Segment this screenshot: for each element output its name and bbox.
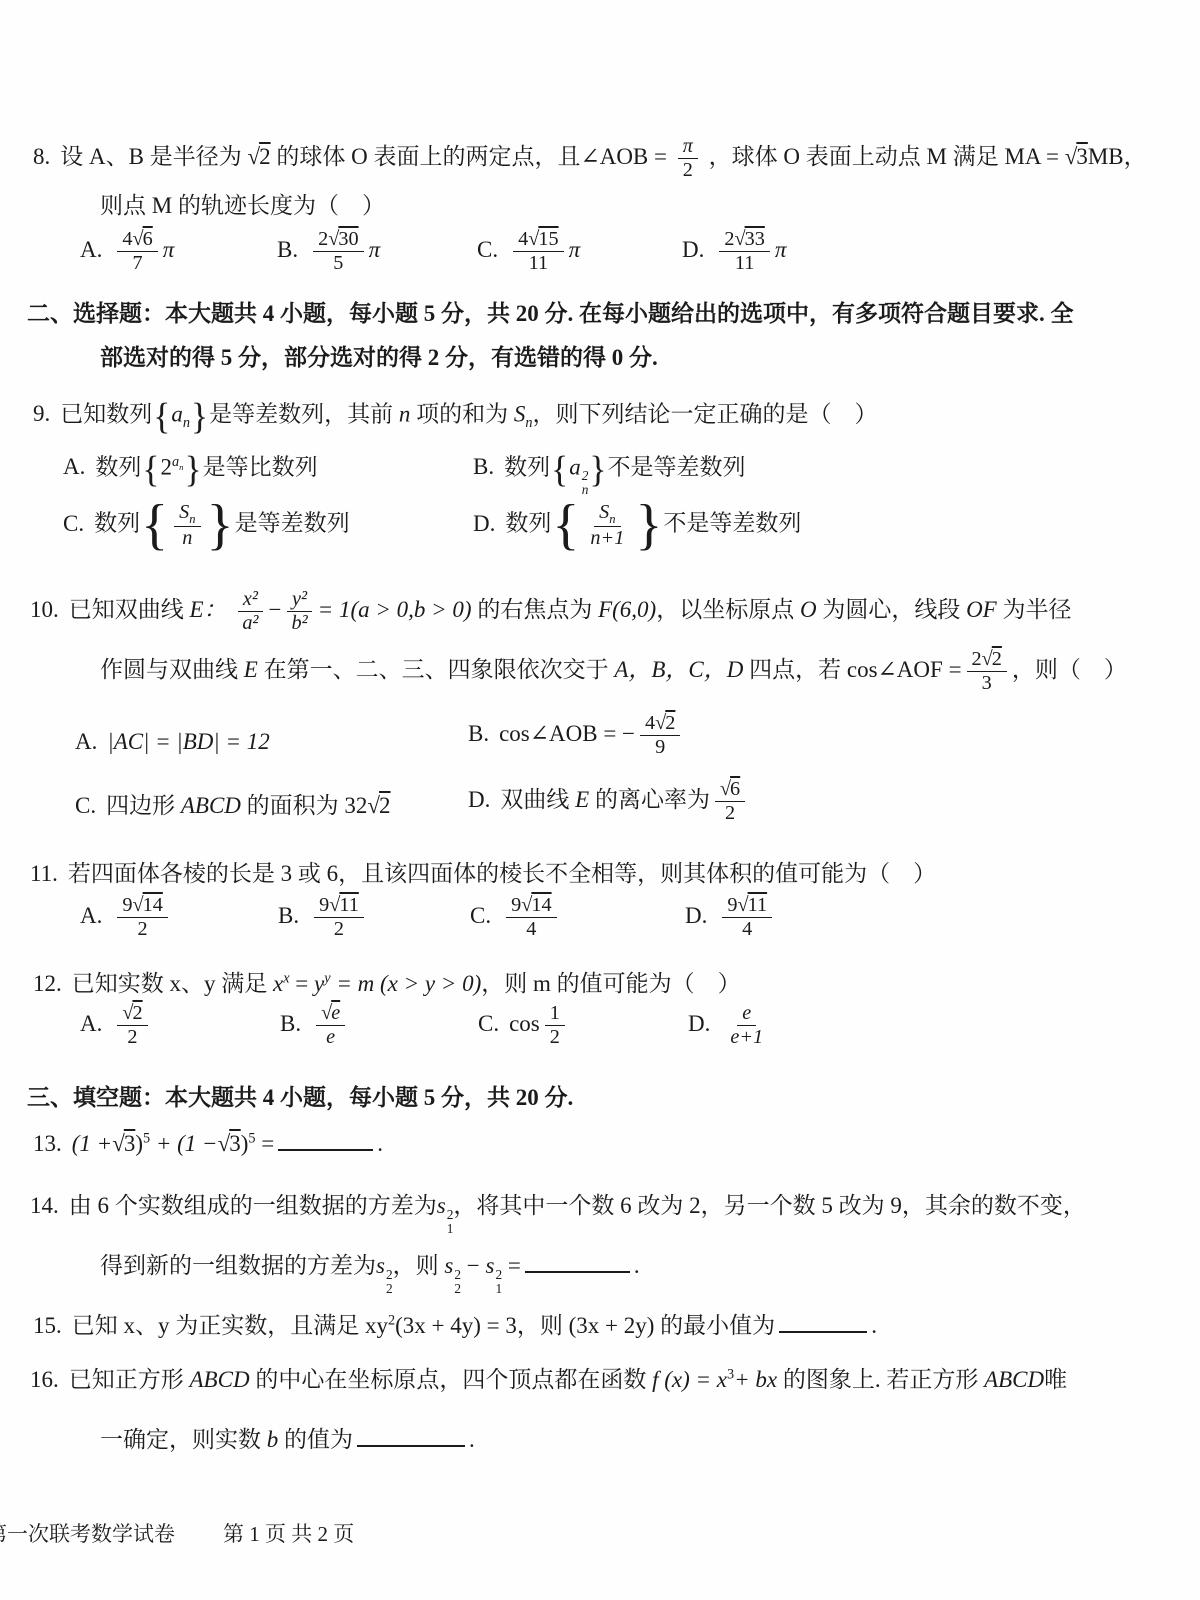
- option-label: D.: [685, 903, 707, 928]
- subscript-n: n: [179, 462, 183, 472]
- radicand: 3: [229, 1131, 241, 1156]
- var-s1: s: [437, 1193, 446, 1218]
- frac-denominator: n+1: [585, 527, 629, 550]
- equation-condition: = 1(a > 0,b > 0): [318, 597, 472, 622]
- period: .: [469, 1427, 475, 1452]
- var-s2: s: [444, 1253, 453, 1278]
- frac-denominator: b²: [286, 612, 312, 635]
- radical-icon: √: [1065, 144, 1077, 169]
- period: .: [377, 1131, 383, 1156]
- q10d-pre: 双曲线: [500, 787, 569, 812]
- subscript-n: n: [582, 483, 589, 497]
- coefficient: 2: [724, 228, 734, 250]
- fraction: √22: [117, 1002, 147, 1050]
- sqrt: √2: [655, 712, 675, 734]
- coefficient: 9: [122, 894, 132, 916]
- q12-text-1: 已知实数 x、y 满足: [72, 971, 268, 996]
- frac-numerator: 9√11: [722, 894, 772, 918]
- q10c-mid: 的面积为 32: [247, 793, 368, 818]
- q15-text-1: 已知 x、y 为正实数，且满足 xy: [72, 1313, 388, 1338]
- quad-ABCD: ABCD: [181, 793, 241, 818]
- square-ABCD: ABCD: [984, 1367, 1044, 1392]
- frac-numerator: 2√30: [313, 228, 363, 252]
- fraction: 2√23: [967, 648, 1007, 696]
- sqrt: √2: [367, 793, 390, 818]
- coefficient: 4: [122, 228, 132, 250]
- option-label: C.: [477, 237, 498, 262]
- frac-denominator: 9: [650, 736, 670, 759]
- exponent: an: [172, 454, 184, 470]
- square-ABCD: ABCD: [190, 1367, 250, 1392]
- subscript-1: 1: [447, 1222, 454, 1236]
- fraction: √ee: [316, 1002, 345, 1050]
- q16-l2-text-b: 的值为: [284, 1427, 353, 1452]
- var-O: O: [800, 597, 817, 622]
- sub-sup-stack: 2n: [582, 469, 589, 497]
- q13-line: 13.(1 +√3)5 + (1 −√3)5 =.: [33, 1126, 383, 1159]
- footer-title: 第一次联考数学试卷: [0, 1522, 175, 1546]
- base-2: 2: [160, 454, 172, 479]
- frac-denominator: 2: [545, 1026, 565, 1049]
- radicand: 15: [538, 228, 558, 250]
- fraction: x²a²: [237, 588, 263, 636]
- option-label: D.: [688, 1011, 710, 1036]
- q14-l2-text-b: ，则: [393, 1253, 439, 1278]
- q9-option-a: A.数列{2an}是等比数列: [63, 445, 318, 493]
- radical-icon: √: [982, 648, 992, 670]
- q10-l2-text-a: 作圆与双曲线: [100, 657, 238, 682]
- frac-denominator: 5: [328, 252, 348, 275]
- q10-l2-text-c: 在第一、二、三、四象限依次交于: [264, 657, 609, 682]
- sqrt: √2: [247, 144, 270, 169]
- section2-text1: 二、选择题：本大题共 4 小题，每小题 5 分，共 20 分. 在每小题给出的选…: [27, 301, 1074, 326]
- frac-numerator: 1: [545, 1002, 565, 1026]
- q14-line2: 得到新的一组数据的方差为s22，则 s22 − s21 =.: [100, 1248, 640, 1296]
- sub-sup-stack: 21: [495, 1268, 502, 1296]
- sqrt: √14: [133, 894, 163, 916]
- frac-denominator: 7: [127, 252, 147, 275]
- option-label: A.: [80, 237, 102, 262]
- coefficient: 2: [972, 648, 982, 670]
- q11-option-d: D.9√114: [685, 894, 777, 942]
- q11-option-c: C.9√144: [470, 894, 562, 942]
- pi-suffix: π: [569, 237, 581, 262]
- sqrt: √3: [1065, 144, 1088, 169]
- q12-text-2: ，则 m 的值可能为（ ）: [481, 971, 740, 996]
- q10-option-d: D.双曲线 E 的离心率为√62: [468, 778, 750, 826]
- frac-numerator: Sn: [594, 501, 620, 527]
- frac-numerator: 9√14: [117, 894, 167, 918]
- q10-line1: 10.已知双曲线 E： x²a²−y²b²= 1(a > 0,b > 0) 的右…: [30, 588, 1071, 636]
- frac-denominator: 11: [524, 252, 553, 275]
- q14-text-2: ，将其中一个数 6 改为 2，另一个数 5 改为 9，其余的数不变，: [453, 1193, 1086, 1218]
- section2-header-line1: 二、选择题：本大题共 4 小题，每小题 5 分，共 20 分. 在每小题给出的选…: [27, 298, 1074, 329]
- function-expr-2: + bx: [734, 1367, 777, 1392]
- sqrt: √30: [328, 228, 358, 250]
- q10a-expr: |AC| = |BD| = 12: [107, 729, 269, 754]
- pi-suffix: π: [775, 237, 787, 262]
- var-x: x: [273, 971, 283, 996]
- q10-option-a: A.|AC| = |BD| = 12: [75, 726, 270, 757]
- radicand: 6: [143, 228, 153, 250]
- q10-options-row1: A.|AC| = |BD| = 12 B.cos∠AOB = −4√29: [0, 712, 1200, 778]
- q10d-mid: 的离心率为: [595, 787, 710, 812]
- frac-denominator: n: [177, 527, 197, 550]
- q16-text-2: 的中心在坐标原点，四个顶点都在函数: [255, 1367, 646, 1392]
- q10-option-b: B.cos∠AOB = −4√29: [468, 712, 685, 760]
- q11-options: A.9√142 B.9√112 C.9√144 D.9√114: [0, 894, 1200, 954]
- radical-icon: √: [329, 894, 339, 916]
- sqrt: √11: [738, 894, 768, 916]
- fraction: 9√144: [506, 894, 556, 942]
- answer-blank: [779, 1308, 867, 1333]
- q9b-post: 不是等差数列: [607, 454, 745, 479]
- fraction: y²b²: [286, 588, 312, 636]
- section2-header-line2: 部选对的得 5 分，部分选对的得 2 分，有选错的得 0 分.: [100, 342, 658, 373]
- radicand: e: [331, 1002, 340, 1024]
- q12-option-b: B.√ee: [280, 1002, 350, 1050]
- q10-text-3: 的右焦点为: [477, 597, 592, 622]
- q10-option-c: C.四边形 ABCD 的面积为 32√2: [75, 790, 391, 821]
- exponent-y: y: [324, 970, 330, 986]
- radical-icon: √: [112, 1131, 124, 1156]
- q9-text-3: 项的和为: [416, 401, 508, 426]
- sqrt: √11: [329, 894, 359, 916]
- left-brace: {: [142, 444, 159, 495]
- points-ABCD: A，B，C，D: [614, 657, 743, 682]
- fraction: 2√3311: [719, 228, 769, 276]
- radicand: 6: [730, 778, 740, 800]
- pi-suffix: π: [369, 237, 381, 262]
- fraction: 9√142: [117, 894, 167, 942]
- q16-line1: 16.已知正方形 ABCD 的中心在坐标原点，四个顶点都在函数 f (x) = …: [30, 1364, 1067, 1395]
- option-label: B.: [280, 1011, 301, 1036]
- radicand: 2: [379, 793, 391, 818]
- power-5: 5: [248, 1130, 255, 1146]
- right-brace: }: [635, 500, 662, 551]
- frac-numerator: π: [678, 135, 698, 159]
- cos-label: cos: [509, 1011, 540, 1036]
- option-label: B.: [278, 903, 299, 928]
- answer-blank: [357, 1422, 465, 1447]
- fraction: 4√67: [117, 228, 157, 276]
- left-brace: {: [141, 500, 168, 551]
- option-label: C.: [63, 511, 84, 536]
- radical-icon: √: [735, 228, 745, 250]
- frac-numerator: √2: [117, 1002, 147, 1026]
- question-number: 8.: [33, 144, 50, 169]
- frac-denominator: 3: [977, 672, 997, 695]
- right-brace: }: [207, 500, 234, 551]
- question-number: 15.: [33, 1313, 62, 1338]
- right-brace: }: [191, 391, 208, 442]
- frac-denominator: 2: [133, 918, 153, 941]
- var-S: S: [179, 501, 189, 523]
- q8-line2: 则点 M 的轨迹长度为（ ）: [100, 190, 385, 221]
- radical-icon: √: [218, 1131, 230, 1156]
- option-label: A.: [75, 729, 97, 754]
- left-brace: {: [551, 444, 568, 495]
- q14-line1: 14.由 6 个实数组成的一组数据的方差为s21，将其中一个数 6 改为 2，另…: [30, 1190, 1086, 1236]
- q15-text-2: (3x + 4y) = 3，则 (3x + 2y) 的最小值为: [395, 1313, 775, 1338]
- question-number: 12.: [33, 971, 62, 996]
- q10-text-5: ，以坐标原点: [656, 597, 794, 622]
- sqrt: √15: [528, 228, 558, 250]
- fraction: 4√1511: [513, 228, 563, 276]
- radical-icon: √: [122, 1002, 132, 1024]
- section3-text: 三、填空题：本大题共 4 小题，每小题 5 分，共 20 分.: [27, 1085, 573, 1110]
- radicand: 14: [143, 894, 163, 916]
- option-label: A.: [80, 1011, 102, 1036]
- radicand: 2: [259, 144, 271, 169]
- q9-options-row1: A.数列{2an}是等比数列 B.数列{a2n}不是等差数列: [0, 445, 1200, 505]
- radicand: 3: [124, 1131, 136, 1156]
- sqrt: √e: [321, 1002, 340, 1024]
- eq-condition: = m (x > y > 0): [336, 971, 481, 996]
- frac-denominator: 2: [122, 1026, 142, 1049]
- option-label: D.: [468, 787, 490, 812]
- subscript-2: 2: [386, 1282, 393, 1296]
- coefficient: 9: [727, 894, 737, 916]
- question-number: 10.: [30, 597, 59, 622]
- left-brace: {: [153, 391, 170, 442]
- frac-denominator: a²: [237, 612, 263, 635]
- radicand: 3: [1076, 144, 1088, 169]
- frac-numerator: 9√11: [314, 894, 364, 918]
- radical-icon: √: [328, 228, 338, 250]
- minus-sign: −: [269, 597, 282, 622]
- option-label: D.: [473, 511, 495, 536]
- frac-denominator: 2: [329, 918, 349, 941]
- frac-numerator: 4√6: [117, 228, 157, 252]
- var-S: S: [514, 401, 526, 426]
- option-label: C.: [478, 1011, 499, 1036]
- q9c-pre: 数列: [94, 511, 140, 536]
- var-b: b: [267, 1427, 279, 1452]
- q9-option-c: C.数列{Snn}是等差数列: [63, 500, 350, 551]
- frac-numerator: √6: [715, 778, 745, 802]
- option-label: B.: [468, 721, 489, 746]
- var-a: a: [171, 401, 183, 426]
- sqrt: √6: [133, 228, 153, 250]
- fraction: 2√305: [313, 228, 363, 276]
- frac-numerator: 4√2: [640, 712, 680, 736]
- q9c-post: 是等差数列: [235, 511, 350, 536]
- q15-line: 15.已知 x、y 为正实数，且满足 xy2(3x + 4y) = 3，则 (3…: [33, 1308, 877, 1341]
- subscript-n: n: [189, 512, 195, 526]
- q16-text-1: 已知正方形: [69, 1367, 184, 1392]
- superscript-2: 2: [386, 1268, 393, 1282]
- var-S: S: [599, 501, 609, 523]
- frac-numerator: x²: [238, 588, 263, 612]
- coefficient: 2: [318, 228, 328, 250]
- frac-numerator: e: [737, 1002, 756, 1026]
- radicand: 14: [531, 894, 551, 916]
- focus-F: F(6,0): [598, 597, 656, 622]
- fraction: π2: [678, 135, 698, 183]
- q8-text-1: 设 A、B 是半径为: [60, 144, 241, 169]
- q9-options-row2: C.数列{Snn}是等差数列 D.数列{Snn+1}不是等差数列: [0, 500, 1200, 580]
- q9a-post: 是等比数列: [203, 454, 318, 479]
- coefficient: 9: [511, 894, 521, 916]
- q16-text-4: 唯: [1044, 1367, 1067, 1392]
- frac-denominator: 4: [521, 918, 541, 941]
- question-number: 13.: [33, 1131, 62, 1156]
- q14-l2-text-a: 得到新的一组数据的方差为: [100, 1253, 376, 1278]
- coefficient: 4: [518, 228, 528, 250]
- sub-sup-stack: 22: [454, 1268, 461, 1296]
- question-number: 9.: [33, 401, 50, 426]
- right-brace: }: [589, 444, 606, 495]
- q9-text-4: ，则下列结论一定正确的是（ ）: [532, 401, 877, 426]
- power-5: 5: [143, 1130, 150, 1146]
- exam-page: 8.设 A、B 是半径为 √2 的球体 O 表面上的两定点，且∠AOB = π2…: [0, 0, 1200, 1600]
- q8-option-b: B.2√305π: [277, 228, 380, 276]
- q9-option-b: B.数列{a2n}不是等差数列: [473, 445, 745, 497]
- radicand: 30: [338, 228, 358, 250]
- q10-l2-text-e: 四点，若: [749, 657, 841, 682]
- sqrt: √2: [122, 1002, 142, 1024]
- radical-icon: √: [247, 144, 259, 169]
- var-y: y: [314, 971, 324, 996]
- superscript-2: 2: [582, 469, 589, 483]
- section2-text2: 部选对的得 5 分，部分选对的得 2 分，有选错的得 0 分.: [100, 345, 658, 370]
- q8-line2-text: 则点 M 的轨迹长度为（ ）: [100, 193, 385, 218]
- page-footer: 第一次联考数学试卷第 1 页 共 2 页: [0, 1520, 354, 1548]
- radical-icon: √: [133, 894, 143, 916]
- q16-line2: 一确定，则实数 b 的值为.: [100, 1422, 475, 1455]
- period: .: [871, 1313, 877, 1338]
- q10-options-row2: C.四边形 ABCD 的面积为 32√2 D.双曲线 E 的离心率为√62: [0, 778, 1200, 844]
- q9a-pre: 数列: [95, 454, 141, 479]
- radicand: 2: [665, 712, 675, 734]
- option-label: A.: [80, 903, 102, 928]
- sub-sup-stack: 22: [386, 1268, 393, 1296]
- fraction: √62: [715, 778, 745, 826]
- frac-denominator: e+1: [725, 1026, 768, 1049]
- q9b-pre: 数列: [504, 454, 550, 479]
- var-E: E: [244, 657, 258, 682]
- var-E: E：: [190, 597, 227, 622]
- q11-stem: 11.若四面体各棱的长是 3 或 6，且该四面体的棱长不全相等，则其体积的值可能…: [30, 858, 936, 889]
- fraction: 9√114: [722, 894, 772, 942]
- q10c-pre: 四边形: [106, 793, 175, 818]
- fraction: 4√29: [640, 712, 680, 760]
- var-n: n: [399, 401, 411, 426]
- q12-options: A.√22 B.√ee C.cos12 D.ee+1: [0, 1002, 1200, 1062]
- radicand: 2: [132, 1002, 142, 1024]
- sqrt: √33: [735, 228, 765, 250]
- radicand: 11: [748, 894, 767, 916]
- sqrt: √6: [720, 778, 740, 800]
- left-brace: {: [552, 500, 579, 551]
- sqrt: √14: [521, 894, 551, 916]
- question-number: 16.: [30, 1367, 59, 1392]
- q10-line2: 作圆与双曲线 E 在第一、二、三、四象限依次交于 A，B，C，D 四点，若 co…: [100, 648, 1127, 696]
- q12-option-a: A.√22: [80, 1002, 153, 1050]
- q9d-post: 不是等差数列: [663, 511, 801, 536]
- coefficient: 4: [645, 712, 655, 734]
- q8-option-a: A.4√67π: [80, 228, 174, 276]
- frac-numerator: 4√15: [513, 228, 563, 252]
- pi-suffix: π: [163, 237, 175, 262]
- sqrt: √3: [112, 1131, 135, 1156]
- radical-icon: √: [367, 793, 379, 818]
- q10b-pre: cos∠AOB = −: [499, 721, 635, 746]
- q9-text-2: 是等差数列，其前: [209, 401, 393, 426]
- subscript-2: 2: [454, 1282, 461, 1296]
- q10-text-7: 为圆心，线段: [822, 597, 960, 622]
- section3-header: 三、填空题：本大题共 4 小题，每小题 5 分，共 20 分.: [27, 1082, 573, 1113]
- q8-text-3: ，球体 O 表面上动点 M 满足 MA =: [709, 144, 1059, 169]
- radicand: 33: [745, 228, 765, 250]
- fraction: Snn: [174, 501, 200, 551]
- var-a: a: [569, 454, 581, 479]
- q13-expr-2: + (1 −: [156, 1131, 218, 1156]
- var-s1: s: [485, 1253, 494, 1278]
- exponent-x: x: [283, 970, 289, 986]
- fraction: 12: [545, 1002, 565, 1050]
- superscript-2: 2: [495, 1268, 502, 1282]
- radical-icon: √: [321, 1002, 331, 1024]
- radical-icon: √: [720, 778, 730, 800]
- frac-denominator: 2: [720, 802, 740, 825]
- question-number: 11.: [30, 861, 58, 886]
- footer-page-info: 第 1 页 共 2 页: [223, 1522, 354, 1546]
- frac-denominator: 4: [737, 918, 757, 941]
- q8-options: A.4√67π B.2√305π C.4√1511π D.2√3311π: [0, 228, 1200, 288]
- q9-stem: 9.已知数列{an}是等差数列，其前 n 项的和为 Sn，则下列结论一定正确的是…: [33, 392, 877, 440]
- radical-icon: √: [655, 712, 665, 734]
- q10-l2-text-g: ，则（ ）: [1012, 657, 1127, 682]
- q11-text: 若四面体各棱的长是 3 或 6，且该四面体的棱长不全相等，则其体积的值可能为（ …: [68, 861, 936, 886]
- equals: =: [261, 1131, 274, 1156]
- subscript-1: 1: [495, 1282, 502, 1296]
- var-s2: s: [376, 1253, 385, 1278]
- frac-numerator: √e: [316, 1002, 345, 1026]
- radical-icon: √: [738, 894, 748, 916]
- q12-option-d: D.ee+1: [688, 1002, 773, 1050]
- question-number: 14.: [30, 1193, 59, 1218]
- q8-text-4: MB，: [1088, 144, 1147, 169]
- frac-numerator: 2√33: [719, 228, 769, 252]
- option-label: C.: [470, 903, 491, 928]
- q8-option-d: D.2√3311π: [682, 228, 786, 276]
- frac-denominator: 2: [678, 159, 698, 182]
- q9-option-d: D.数列{Snn+1}不是等差数列: [473, 500, 801, 551]
- q16-l2-text-a: 一确定，则实数: [100, 1427, 261, 1452]
- option-label: A.: [63, 454, 85, 479]
- q12-option-c: C.cos12: [478, 1002, 570, 1050]
- q9-text-1: 已知数列: [60, 401, 152, 426]
- answer-blank: [525, 1248, 630, 1273]
- fraction: 9√112: [314, 894, 364, 942]
- q13-expr-1: (1 +: [72, 1131, 112, 1156]
- q8-option-c: C.4√1511π: [477, 228, 580, 276]
- fraction: Snn+1: [585, 501, 629, 551]
- frac-denominator: e: [321, 1026, 340, 1049]
- equals: =: [508, 1253, 521, 1278]
- radical-icon: √: [528, 228, 538, 250]
- q10-text-1: 已知双曲线: [69, 597, 184, 622]
- q10-text-9: 为半径: [1002, 597, 1071, 622]
- cos-AOF: cos∠AOF =: [847, 657, 962, 682]
- superscript-2: 2: [454, 1268, 461, 1282]
- paren: ): [135, 1131, 143, 1156]
- option-label: D.: [682, 237, 704, 262]
- radical-icon: √: [133, 228, 143, 250]
- frac-numerator: Sn: [174, 501, 200, 527]
